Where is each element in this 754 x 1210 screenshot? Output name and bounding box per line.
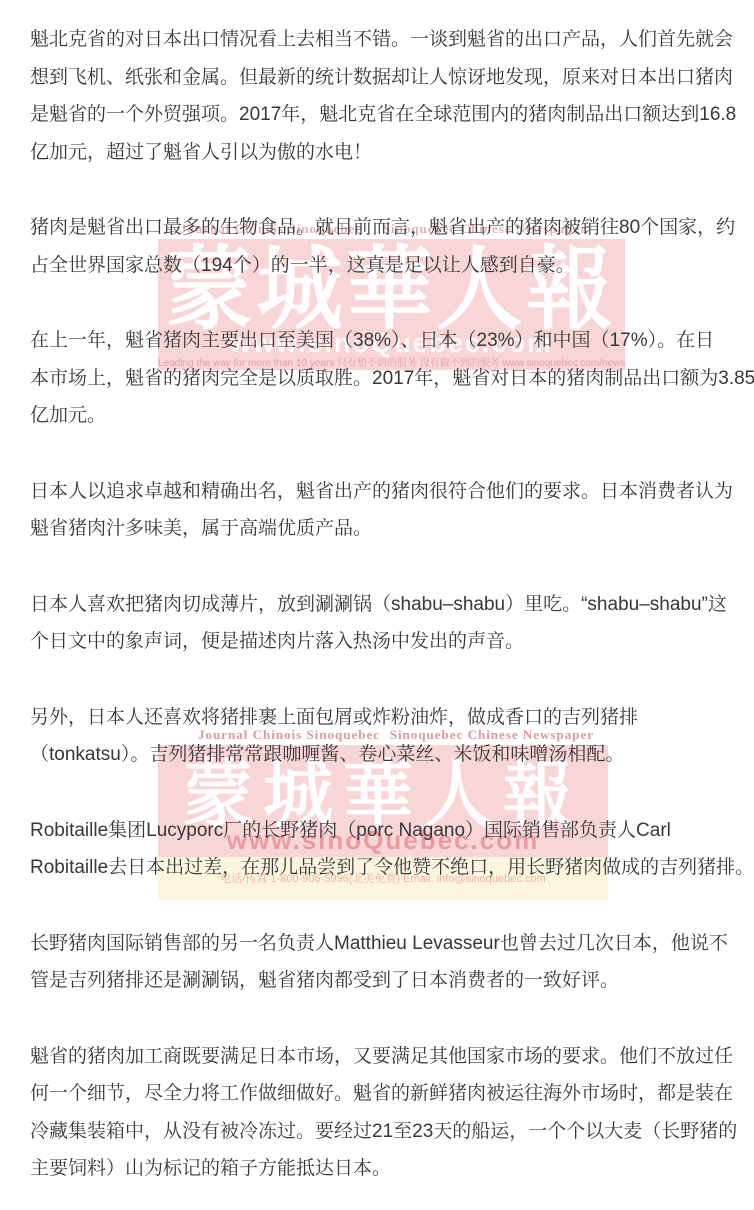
paragraph-tonkatsu: 另外，日本人还喜欢将猪排裹上面包屑或炸粉油炸，做成香口的吉列猪排 （tonkat…	[30, 699, 726, 774]
paragraph-matthieu-levasseur: 长野猪肉国际销售部的另一名负责人Matthieu Levasseur也曾去过几次…	[30, 925, 726, 1000]
paragraph-japanese-quality: 日本人以追求卓越和精确出名，魁省出产的猪肉很符合他们的要求。日本消费者认为 魁省…	[30, 473, 726, 548]
paragraph-intro: 魁北克省的对日本出口情况看上去相当不错。一谈到魁省的出口产品，人们首先就会 想到…	[30, 21, 726, 171]
article-page: Journal Chinois Sinoquebec Sinoquebec Ch…	[0, 0, 754, 1210]
article-body: 魁北克省的对日本出口情况看上去相当不错。一谈到魁省的出口产品，人们首先就会 想到…	[0, 0, 754, 1188]
paragraph-export-countries: 猪肉是魁省出口最多的生物食品。就目前而言，魁省出产的猪肉被销往80个国家，约 占…	[30, 209, 726, 284]
paragraph-carl-robitaille: Robitaille集团Lucyporc厂的长野猪肉（porc Nagano）国…	[30, 812, 726, 887]
paragraph-export-percentages: 在上一年，魁省猪肉主要出口至美国（38%）、日本（23%）和中国（17%）。在日…	[30, 322, 726, 435]
paragraph-shabu-shabu: 日本人喜欢把猪肉切成薄片，放到涮涮锅（shabu–shabu）里吃。“shabu…	[30, 586, 726, 661]
paragraph-shipping: 魁省的猪肉加工商既要满足日本市场，又要满足其他国家市场的要求。他们不放过任 何一…	[30, 1038, 726, 1188]
